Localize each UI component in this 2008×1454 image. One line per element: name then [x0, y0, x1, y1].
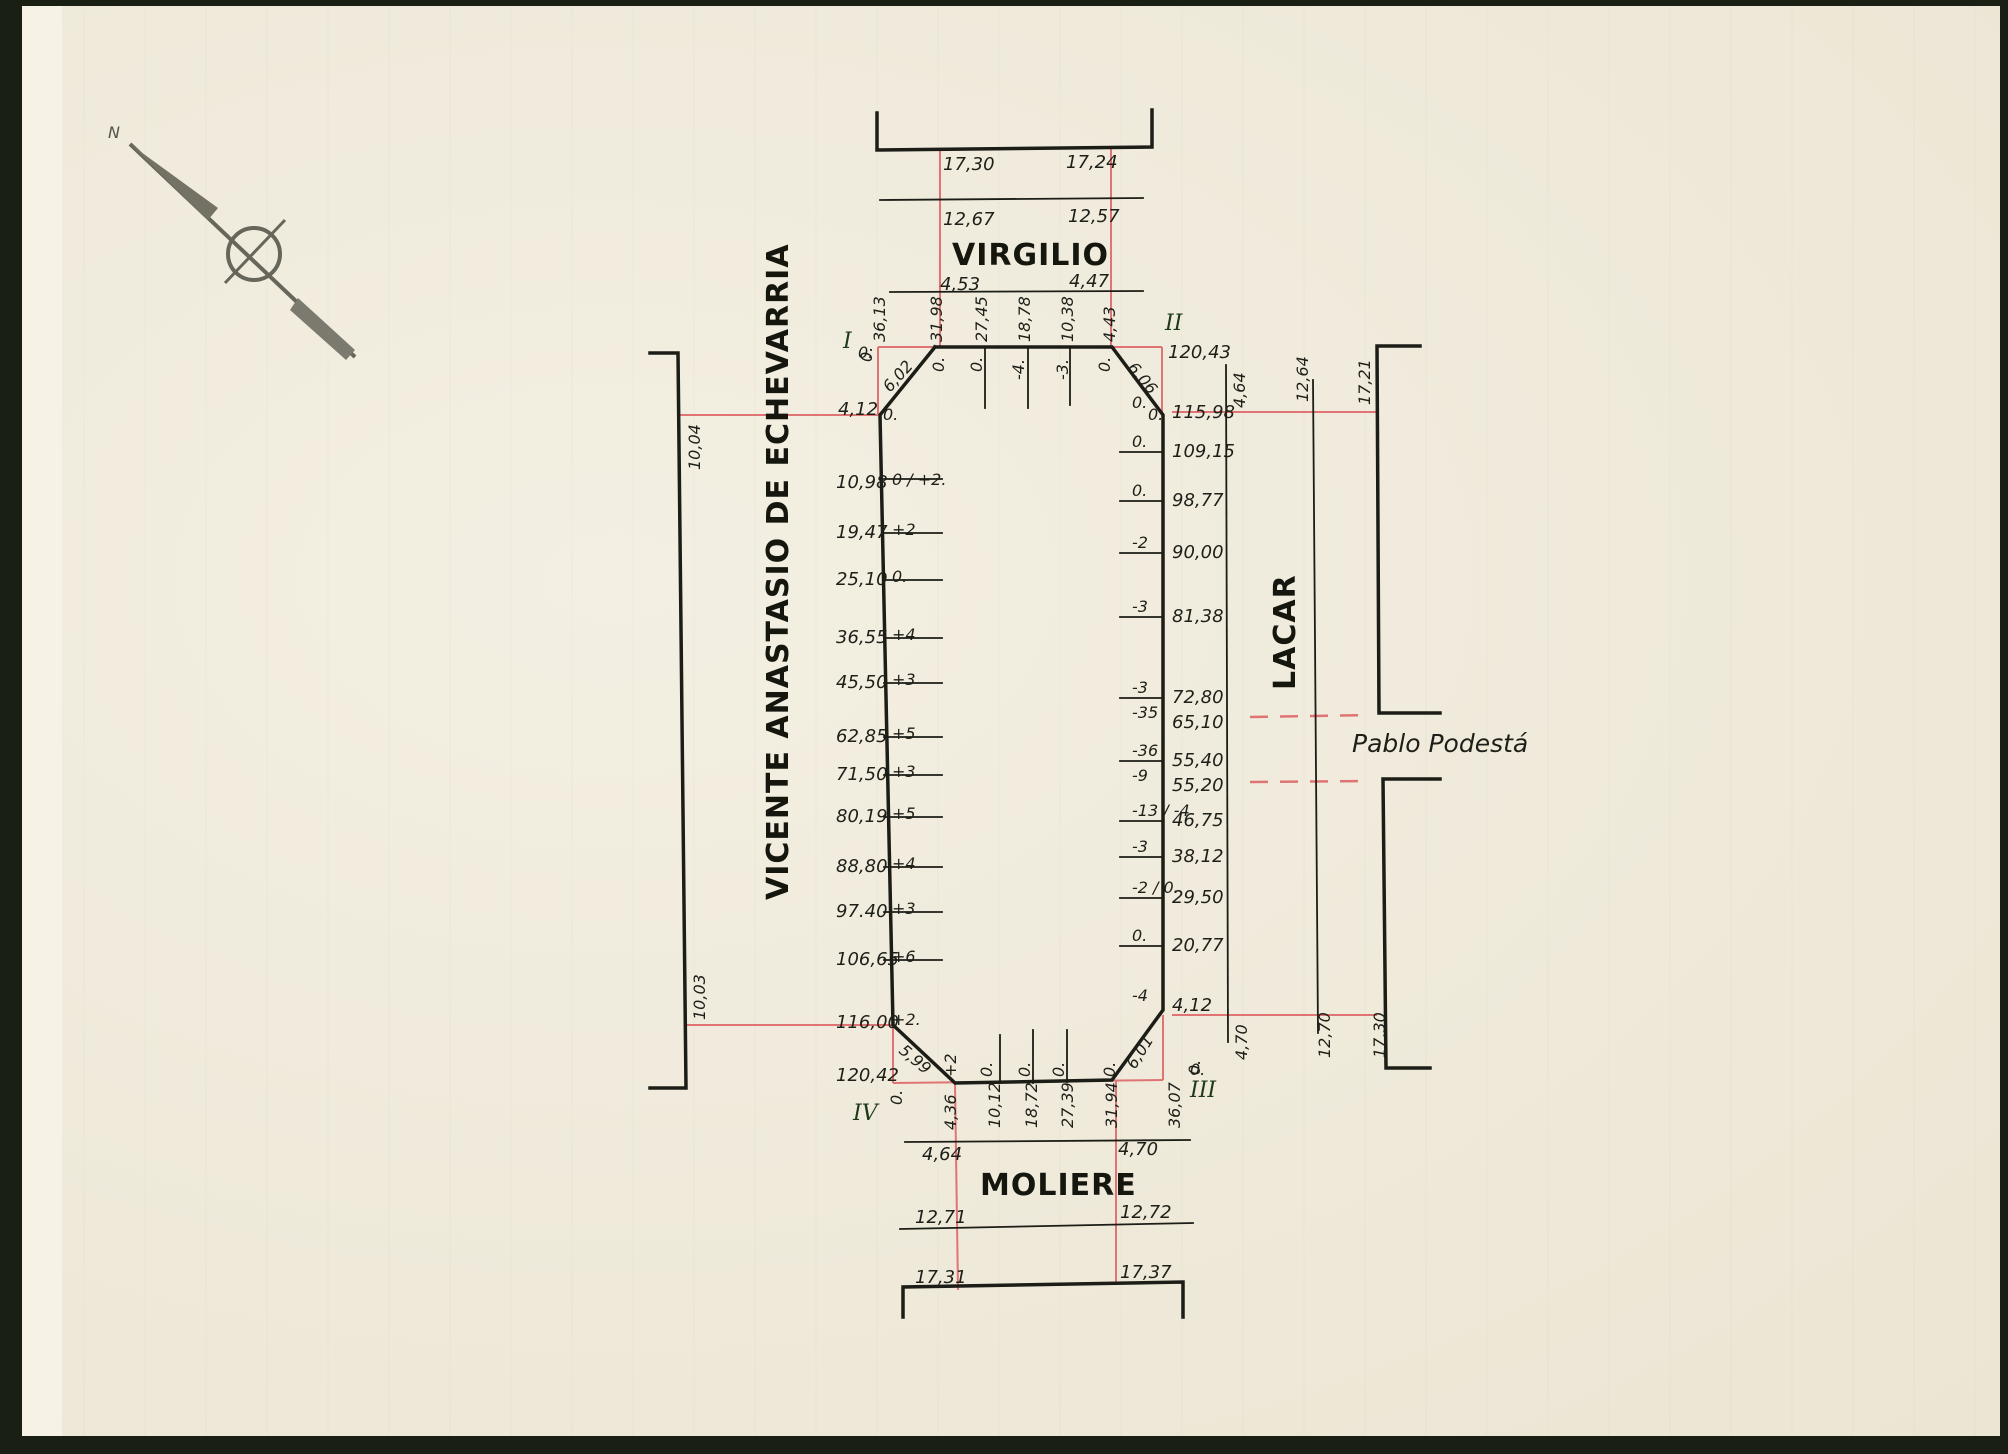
bottom-progressives: 4,36 10,12 18,72 27,39 31,94 36,07	[941, 1081, 1184, 1130]
svg-text:10,12: 10,12	[985, 1082, 1004, 1128]
svg-text:31,94: 31,94	[1102, 1082, 1121, 1128]
width-label: 17,30	[1370, 1012, 1389, 1058]
left-offset-ticks	[884, 479, 942, 960]
svg-text:27,45: 27,45	[972, 296, 991, 342]
north-arrow-compass-icon: N	[108, 123, 355, 360]
svg-text:4,36: 4,36	[941, 1094, 960, 1130]
corner-label-I: I	[842, 329, 853, 354]
right-offset-label: -9	[1132, 766, 1148, 785]
right-offset-label: -2 / 0.	[1132, 878, 1179, 897]
street-label-moliere: MOLIERE	[980, 1168, 1137, 1203]
zero-marker: 0.	[858, 343, 873, 362]
right-distance-label: 38,12	[1172, 846, 1224, 867]
street-echevarria-lines	[650, 353, 686, 1088]
right-offset-label: 0.	[1132, 481, 1147, 500]
left-offset-label: +3	[892, 670, 916, 689]
width-label: 12,57	[1068, 206, 1120, 227]
right-distance-label: 55,20	[1172, 775, 1224, 796]
left-offset-label: +4	[892, 625, 916, 644]
zero-marker: 0.	[1148, 405, 1163, 424]
zero-marker: 0.	[883, 405, 898, 424]
svg-text:0.: 0.	[1095, 357, 1114, 372]
top-progressives: 36,13 31,98 27,45 18,78 10,38 4,43	[870, 296, 1119, 342]
right-side-measurements: 115,980.109,150.98,770.90,00-281,38-372,…	[1132, 393, 1235, 1016]
left-distance-label: 120,42	[836, 1065, 899, 1086]
width-label: 12,71	[915, 1207, 967, 1228]
width-label: 4,70	[1232, 1024, 1251, 1060]
width-label: 12,67	[943, 209, 995, 230]
corner-value-I: 4,12	[838, 399, 878, 420]
width-label: 17,30	[943, 154, 995, 175]
width-label: 4,47	[1069, 271, 1110, 292]
left-distance-label: 88,80	[836, 856, 888, 877]
left-distance-label: 116,00	[836, 1012, 899, 1033]
right-distance-label: 65,10	[1172, 712, 1224, 733]
street-label-echevarria: VICENTE ANASTASIO DE ECHEVARRIA	[761, 243, 796, 900]
svg-text:0.: 0.	[929, 357, 948, 372]
svg-text:-3.: -3.	[1053, 359, 1072, 380]
corner-value-II: 120,43	[1168, 342, 1231, 363]
left-offset-label: +2.	[892, 1010, 921, 1029]
right-offset-label: -2	[1132, 533, 1148, 552]
width-label: 10,03	[690, 974, 709, 1020]
right-offset-label: 0.	[1132, 393, 1147, 412]
left-distance-label: 45,50	[836, 672, 888, 693]
right-offset-label: -36	[1132, 741, 1158, 760]
width-label: 10,04	[685, 424, 704, 470]
corner-label-II: II	[1164, 311, 1184, 336]
width-label: 12,72	[1120, 1202, 1172, 1223]
right-offset-label: -3	[1132, 597, 1148, 616]
right-offset-label: -13 / -4	[1132, 801, 1190, 820]
left-offset-label: +5	[892, 804, 916, 823]
svg-text:0.: 0.	[1049, 1062, 1068, 1077]
chamfer-label: 6,01	[1122, 1032, 1157, 1072]
corner-label-IV: IV	[852, 1101, 880, 1126]
svg-text:0.: 0.	[1100, 1062, 1119, 1077]
right-distance-label: 98,77	[1172, 490, 1224, 511]
right-offset-label: -3	[1132, 837, 1148, 856]
left-distance-label: 71,50	[836, 764, 888, 785]
right-distance-label: 81,38	[1172, 606, 1224, 627]
left-distance-label: 62,85	[836, 726, 888, 747]
left-offset-label: +6	[892, 947, 916, 966]
left-offset-label: +3	[892, 762, 916, 781]
width-label: 17,37	[1120, 1262, 1172, 1283]
svg-text:0.: 0.	[967, 357, 986, 372]
svg-text:10,38: 10,38	[1058, 296, 1077, 342]
right-distance-label: 72,80	[1172, 687, 1224, 708]
left-offset-label: +5	[892, 724, 916, 743]
right-distance-label: 29,50	[1172, 887, 1224, 908]
svg-text:36,13: 36,13	[870, 296, 889, 342]
street-label-lacar: LACAR	[1268, 574, 1303, 690]
right-offset-ticks	[1120, 452, 1163, 946]
street-moliere-lines	[900, 1140, 1193, 1317]
width-label: 4,70	[1118, 1139, 1158, 1160]
svg-text:0.: 0.	[977, 1062, 996, 1077]
left-distance-label: 36,55	[836, 627, 888, 648]
left-offset-label: +2	[892, 520, 916, 539]
left-offset-label: +3	[892, 899, 916, 918]
width-label: 12,64	[1293, 356, 1312, 402]
svg-text:31,98: 31,98	[927, 296, 946, 342]
svg-text:-4.: -4.	[1009, 359, 1028, 380]
left-distance-label: 97.40	[836, 901, 888, 922]
svg-text:0.: 0.	[887, 1090, 906, 1105]
svg-text:4,43: 4,43	[1100, 306, 1119, 342]
left-offset-label: 0.	[892, 567, 907, 586]
width-label: 4,53	[940, 274, 980, 295]
svg-text:27,39: 27,39	[1058, 1082, 1077, 1128]
right-offset-label: -3	[1132, 678, 1148, 697]
right-distance-label: 109,15	[1172, 441, 1235, 462]
left-distance-label: 80,19	[836, 806, 888, 827]
width-label: 12,70	[1315, 1012, 1334, 1058]
right-offset-label: -4	[1132, 986, 1148, 1005]
left-offset-label: 0 / +2.	[892, 470, 946, 489]
svg-text:0.: 0.	[1015, 1062, 1034, 1077]
right-distance-label: 55,40	[1172, 750, 1224, 771]
zero-marker: 0.	[1190, 1060, 1205, 1079]
right-offset-label: 0.	[1132, 432, 1147, 451]
right-offset-label: -35	[1132, 703, 1158, 722]
svg-text:18,72: 18,72	[1022, 1082, 1041, 1128]
right-distance-label: 115,98	[1172, 402, 1235, 423]
corner-label-III: III	[1189, 1078, 1217, 1103]
right-distance-label: 4,12	[1172, 995, 1212, 1016]
block-outline	[880, 347, 1163, 1083]
chamfer-label: 6,06	[1124, 358, 1161, 398]
chamfer-label: 5,99	[895, 1041, 935, 1078]
svg-text:36,07: 36,07	[1165, 1081, 1184, 1128]
left-distance-label: 25,10	[836, 569, 888, 590]
street-lacar-lines	[1226, 346, 1440, 1068]
right-offset-label: 0.	[1132, 926, 1147, 945]
street-label-pablo-podesta: Pablo Podestá	[1352, 729, 1528, 758]
width-label: 4,64	[922, 1144, 962, 1165]
svg-text:+2: +2	[941, 1053, 960, 1077]
svg-text:N: N	[108, 123, 120, 142]
left-distance-label: 10,98	[836, 472, 888, 493]
right-distance-label: 90,00	[1172, 542, 1224, 563]
survey-plan: N	[0, 0, 2008, 1454]
left-distance-label: 19,47	[836, 522, 888, 543]
right-distance-label: 20,77	[1172, 935, 1224, 956]
width-label: 17,24	[1066, 152, 1118, 173]
left-distance-label: 106,65	[836, 949, 899, 970]
width-label: 17,31	[915, 1267, 967, 1288]
street-label-virgilio: VIRGILIO	[952, 238, 1109, 273]
svg-text:18,78: 18,78	[1015, 296, 1034, 342]
width-label: 17,21	[1355, 359, 1374, 405]
left-offset-label: +4	[892, 854, 916, 873]
